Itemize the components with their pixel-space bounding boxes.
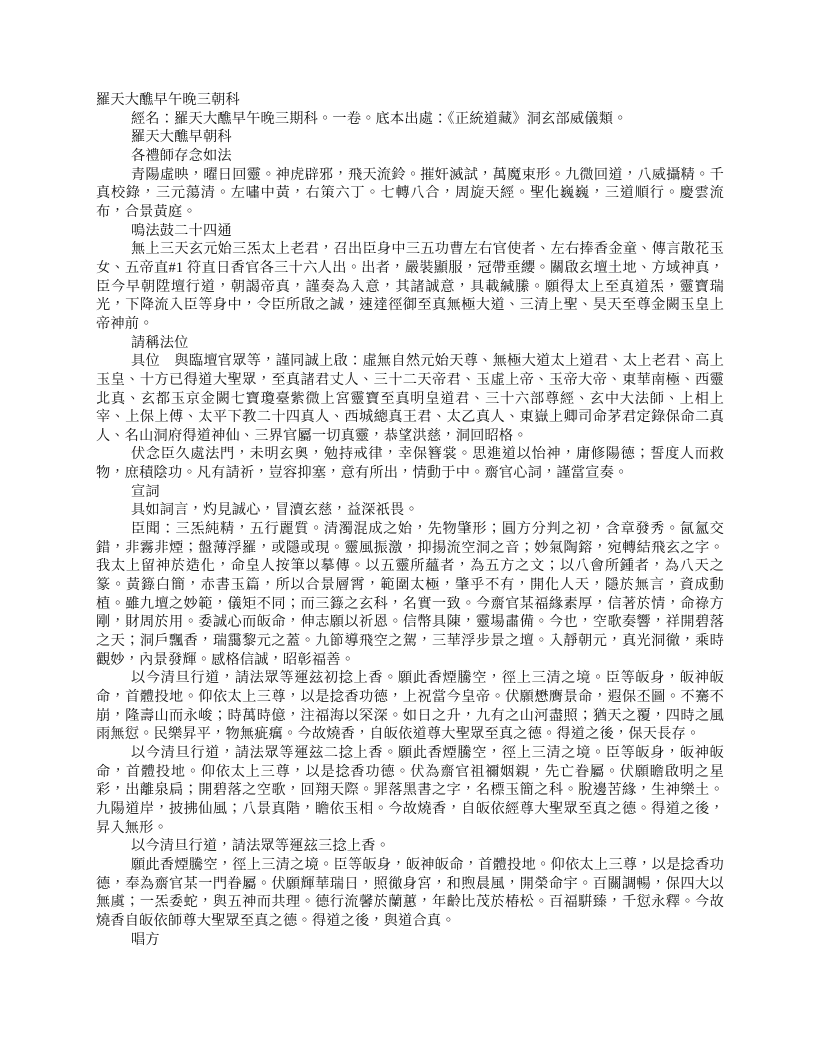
paragraph: 請稱法位	[96, 334, 724, 353]
paragraph: 青陽虛映，曜日回靈。神虎辟邪，飛天流鈴。摧奸滅試，萬魔束形。九微回道，八威攝精。…	[96, 166, 724, 222]
paragraph: 以今清旦行道，請法眾等運玆二捻上香。願此香煙騰空，徑上三清之境。臣等皈身，皈神皈…	[96, 744, 724, 837]
paragraph: 以今清旦行道，請法眾等運玆三捻上香。	[96, 837, 724, 856]
document-page: 羅天大醮早午晚三朝科經名：羅天大醮早午晚三期科。一卷。底本出處：《正統道藏》洞玄…	[0, 0, 816, 1056]
paragraph: 具如詞言，灼見誠心，冒瀆玄慈，益深祇畏。	[96, 501, 724, 520]
document-title: 羅天大醮早午晚三朝科	[96, 91, 724, 110]
paragraph: 具位 與臨壇官眾等，謹同誠上啟：虛無自然元始天尊、無極大道太上道君、太上老君、高…	[96, 352, 724, 445]
paragraph: 無上三天玄元始三炁太上老君，召出臣身中三五功曹左右官使者、左右捧香金童、傳言散花…	[96, 240, 724, 333]
paragraph: 以今清旦行道，請法眾等運玆初捻上香。願此香煙騰空，徑上三清之境。臣等皈身，皈神皈…	[96, 669, 724, 744]
paragraph: 臣聞：三炁純精，五行麗質。清濁混成之始，先物肇形；圓方分判之初，含章發秀。氤氳交…	[96, 520, 724, 669]
paragraph: 伏念臣久處法門，未明玄奧，勉持戒律，幸保簪裳。思進道以怡神，庸修陽德；誓度人而救…	[96, 445, 724, 482]
document-body: 羅天大醮早午晚三朝科經名：羅天大醮早午晚三期科。一卷。底本出處：《正統道藏》洞玄…	[96, 91, 724, 949]
paragraph: 願此香煙騰空，徑上三清之境。臣等皈身，皈神皈命，首體投地。仰依太上三尊，以是捻香…	[96, 856, 724, 931]
paragraph: 羅天大醮早朝科	[96, 128, 724, 147]
paragraph: 經名：羅天大醮早午晚三期科。一卷。底本出處：《正統道藏》洞玄部威儀類。	[96, 110, 724, 129]
paragraph: 宣詞	[96, 483, 724, 502]
paragraph: 各禮師存念如法	[96, 147, 724, 166]
paragraph: 唱方	[96, 931, 724, 950]
paragraph: 鳴法鼓二十四通	[96, 222, 724, 241]
